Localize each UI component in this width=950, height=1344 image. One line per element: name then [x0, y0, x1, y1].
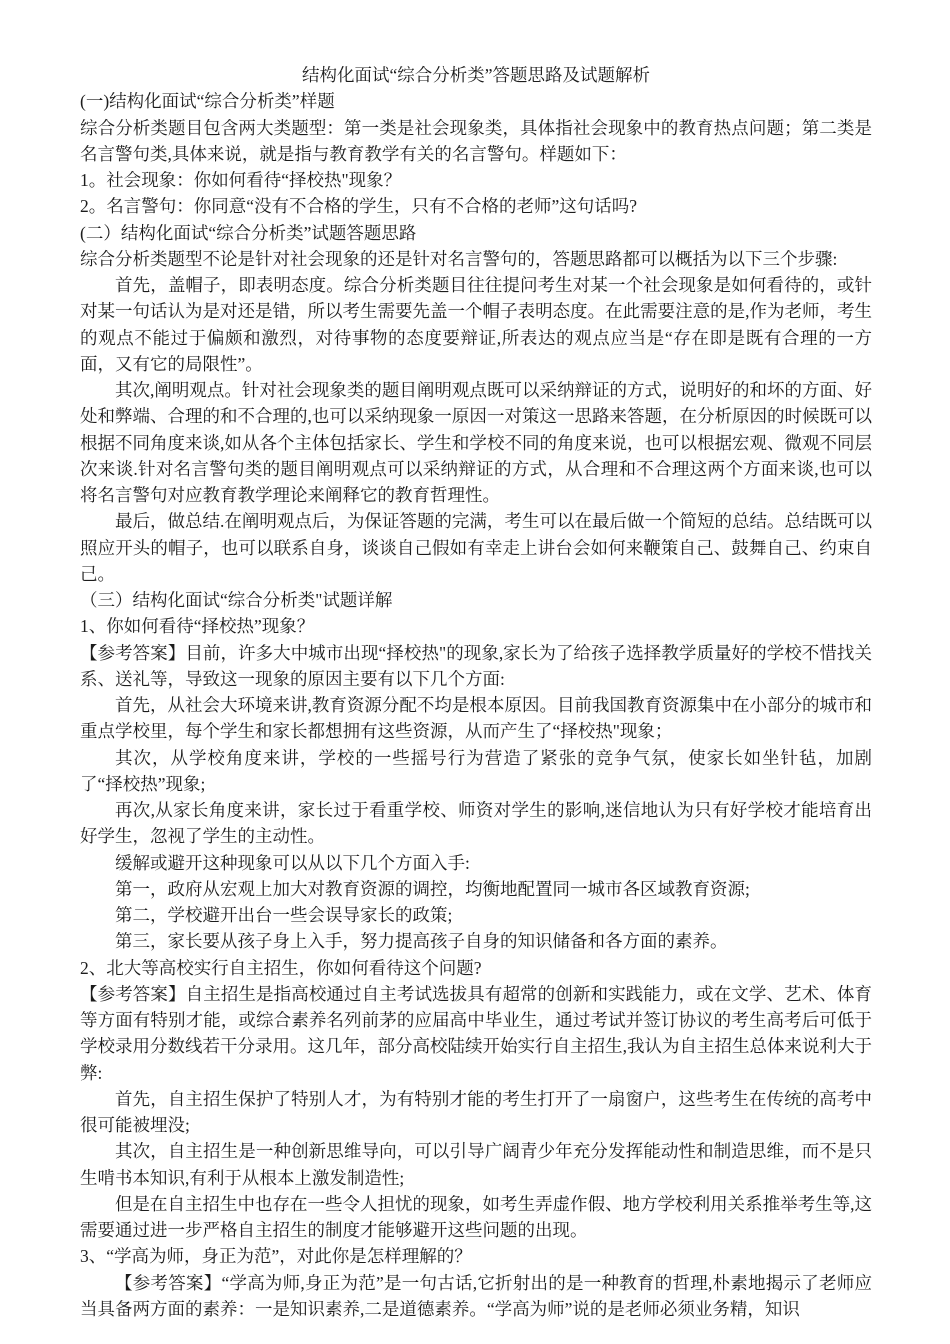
paragraph: 第二，学校避开出台一些会误导家长的政策; — [80, 902, 872, 928]
paragraph: 首先，从社会大环境来讲,教育资源分配不均是根本原因。目前我国教育资源集中在小部分… — [80, 692, 872, 745]
paragraph: 【参考答案】“学高为师,身正为范”是一句古话,它折射出的是一种教育的哲理,朴素地… — [80, 1270, 872, 1323]
paragraph: 首先，盖帽子，即表明态度。综合分析类题目往往提问考生对某一个社会现象是如何看待的… — [80, 272, 872, 377]
paragraph: 缓解或避开这种现象可以从以下几个方面入手: — [80, 850, 872, 876]
paragraph: (一)结构化面试“综合分析类”样题 — [80, 88, 872, 114]
paragraph: 2。名言警句：你同意“没有不合格的学生，只有不合格的老师”这句话吗? — [80, 193, 872, 219]
document-page: 结构化面试“综合分析类”答题思路及试题解析 (一)结构化面试“综合分析类”样题综… — [0, 0, 950, 1344]
paragraph: 其次,阐明观点。针对社会现象类的题目阐明观点既可以采纳辩证的方式，说明好的和坏的… — [80, 377, 872, 508]
paragraph: 【参考答案】自主招生是指高校通过自主考试选拔具有超常的创新和实践能力，或在文学、… — [80, 981, 872, 1086]
paragraph: 第三，家长要从孩子身上入手，努力提高孩子自身的知识储备和各方面的素养。 — [80, 928, 872, 954]
paragraph: 1。社会现象：你如何看待“择校热"现象？ — [80, 167, 872, 193]
paragraph: 其次，自主招生是一种创新思维导向，可以引导广阔青少年充分发挥能动性和制造思维，而… — [80, 1138, 872, 1191]
paragraph: 【参考答案】目前，许多大中城市出现“择校热"的现象,家长为了给孩子选择教学质量好… — [80, 640, 872, 693]
paragraph: 其次，从学校角度来讲，学校的一些摇号行为营造了紧张的竞争气氛，使家长如坐针毡，加… — [80, 745, 872, 798]
paragraph: （三）结构化面试“综合分析类"试题详解 — [80, 587, 872, 613]
paragraph: 第一，政府从宏观上加大对教育资源的调控，均衡地配置同一城市各区域教育资源; — [80, 876, 872, 902]
paragraph: 首先，自主招生保护了特别人才，为有特别才能的考生打开了一扇窗户，这些考生在传统的… — [80, 1086, 872, 1139]
paragraph: 2、北大等高校实行自主招生，你如何看待这个问题? — [80, 955, 872, 981]
paragraph: 1、你如何看待“择校热”现象？ — [80, 613, 872, 639]
paragraph: 再次,从家长角度来讲，家长过于看重学校、师资对学生的影响,迷信地认为只有好学校才… — [80, 797, 872, 850]
paragraph: (二）结构化面试“综合分析类”试题答题思路 — [80, 220, 872, 246]
document-title: 结构化面试“综合分析类”答题思路及试题解析 — [80, 62, 872, 88]
paragraph: 3、“学高为师，身正为范”，对此你是怎样理解的？ — [80, 1243, 872, 1269]
paragraph: 综合分析类题型不论是针对社会现象的还是针对名言警句的，答题思路都可以概括为以下三… — [80, 246, 872, 272]
paragraph: 综合分析类题目包含两大类题型：第一类是社会现象类，具体指社会现象中的教育热点问题… — [80, 115, 872, 168]
document-body: (一)结构化面试“综合分析类”样题综合分析类题目包含两大类题型：第一类是社会现象… — [80, 88, 872, 1322]
paragraph: 但是在自主招生中也存在一些令人担忧的现象，如考生弄虚作假、地方学校利用关系推举考… — [80, 1191, 872, 1244]
paragraph: 最后，做总结.在阐明观点后，为保证答题的完满，考生可以在最后做一个简短的总结。总… — [80, 508, 872, 587]
